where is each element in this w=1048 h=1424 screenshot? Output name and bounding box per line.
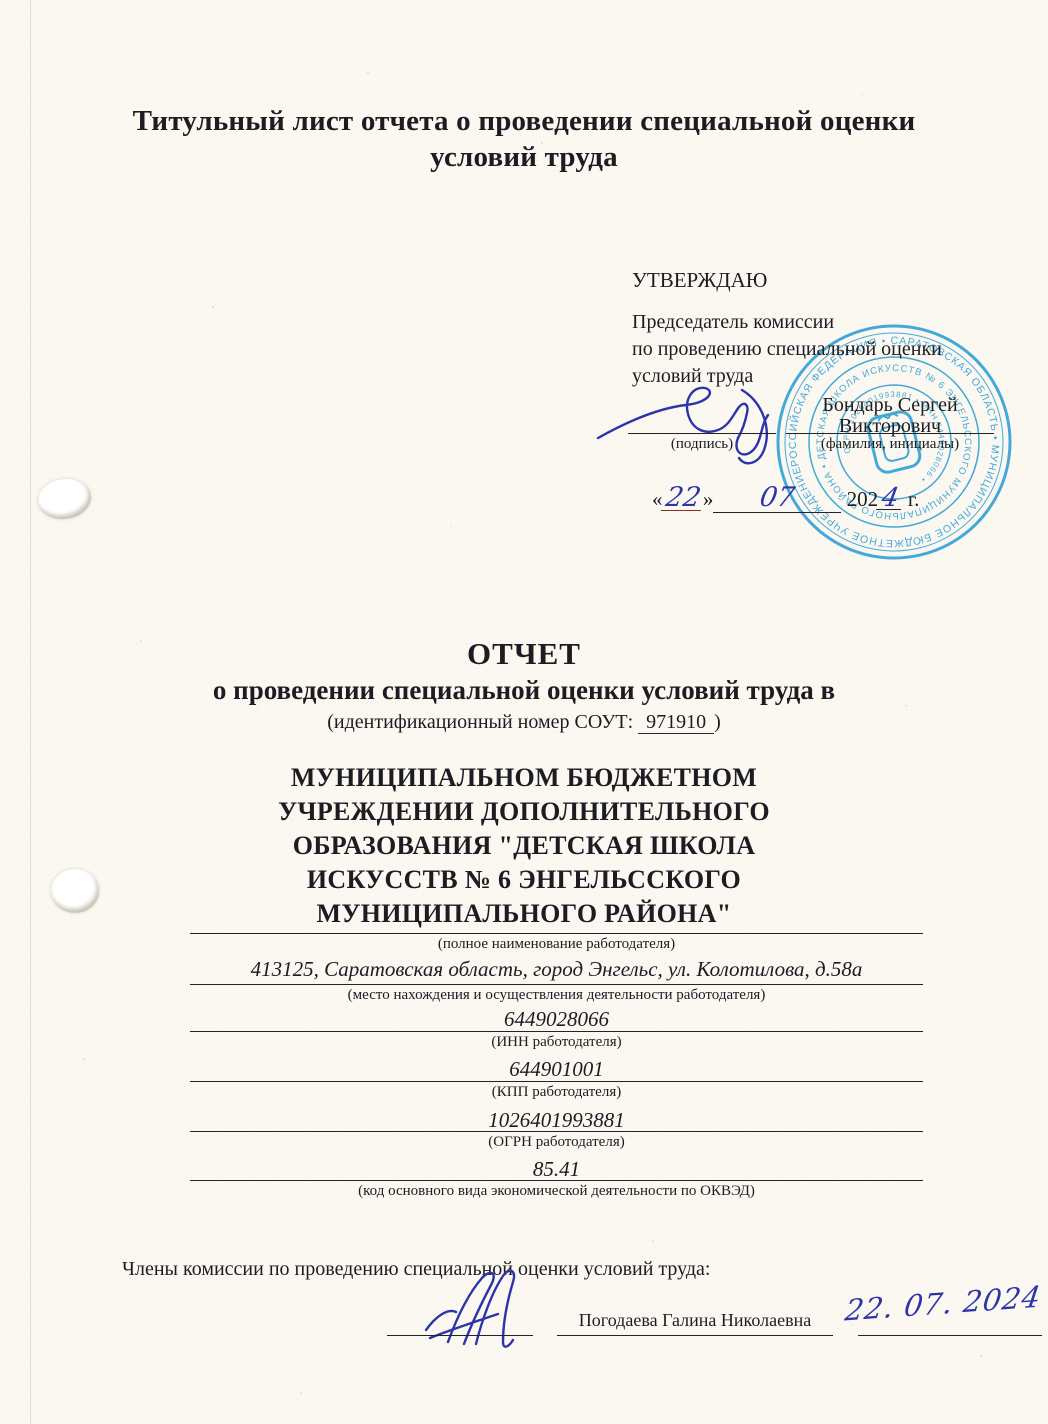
member-name: Погодаева Галина Николаевна [557,1310,833,1331]
date-month-handwritten: 07 [758,486,797,510]
approval-date-line: «22»07 2024 г. [652,486,919,513]
ogrn-caption: (ОГРН работодателя) [190,1134,923,1151]
employer-name-caption: (полное наименование работодателя) [190,936,923,953]
employer-inn: 6449028066 [190,1007,923,1032]
address-caption: (место нахождения и осуществления деятел… [190,987,923,1004]
report-id-label: (идентификационный номер СОУТ: [327,711,633,733]
signature-line [628,433,776,434]
member-date-handwritten: 22. 07. 2024 [843,1278,1048,1327]
report-subheading: о проведении специальной оценки условий … [0,675,1048,706]
employer-name-underline [190,933,923,934]
employer-name-line: МУНИЦИПАЛЬНОГО РАЙОНА" [0,897,1048,931]
employer-name-line: УЧРЕЖДЕНИИ ДОПОЛНИТЕЛЬНОГО [0,795,1048,829]
member-name-line [557,1335,833,1336]
date-year-prefix: 202 [847,487,879,511]
employer-name-line: ИСКУССТВ № 6 ЭНГЕЛЬССКОГО [0,863,1048,897]
date-year-handwritten: 4 [876,487,905,510]
chairman-signature [592,384,792,474]
address-underline [190,984,923,985]
inn-caption: (ИНН работодателя) [190,1034,923,1051]
approver-role: Председатель комиссии по проведению спец… [632,309,942,390]
employer-address: 413125, Саратовская область, город Энгел… [150,957,963,982]
member-signature [418,1268,548,1350]
approver-name-line1: Бондарь Сергей [786,395,994,416]
approver-role-line1: Председатель комиссии [632,309,942,336]
date-day-handwritten: 22 [660,486,705,511]
date-year-word: г. [908,487,920,511]
approver-name: Бондарь Сергей Викторович [786,395,994,437]
document-title: Титульный лист отчета о проведении специ… [0,103,1048,175]
okved-underline [190,1180,923,1181]
employer-name: МУНИЦИПАЛЬНОМ БЮДЖЕТНОМ УЧРЕЖДЕНИИ ДОПОЛ… [0,761,1048,931]
ogrn-underline [190,1131,923,1132]
approver-role-line2: по проведению специальной оценки [632,336,942,363]
punch-hole-top [35,476,93,523]
name-line [786,433,994,434]
inn-underline [190,1031,923,1032]
document-title-line2: условий труда [0,139,1048,175]
employer-okved: 85.41 [190,1157,923,1182]
employer-kpp: 644901001 [190,1057,923,1082]
report-heading: ОТЧЕТ [0,636,1048,672]
member-date-line [858,1335,1042,1336]
report-id-close: ) [714,711,721,733]
document-title-line1: Титульный лист отчета о проведении специ… [0,103,1048,139]
kpp-caption: (КПП работодателя) [190,1084,923,1101]
name-caption: (фамилия, инициалы) [786,436,994,453]
date-month-slot: 07 [713,486,841,513]
employer-name-line: МУНИЦИПАЛЬНОМ БЮДЖЕТНОМ [0,761,1048,795]
scanned-document-page: РОССИЙСКАЯ ФЕДЕРАЦИЯ • САРАТОВСКАЯ ОБЛАС… [0,0,1048,1424]
signature-caption: (подпись) [628,436,776,453]
report-id-line: (идентификационный номер СОУТ: 971910) [0,711,1048,734]
kpp-underline [190,1081,923,1082]
approve-heading: УТВЕРЖДАЮ [632,268,767,293]
paper-speckles [0,0,2,2]
employer-name-line: ОБРАЗОВАНИЯ "ДЕТСКАЯ ШКОЛА [0,829,1048,863]
employer-ogrn: 1026401993881 [190,1108,923,1133]
committee-heading: Члены комиссии по проведению специальной… [122,1258,711,1281]
okved-caption: (код основного вида экономической деятел… [190,1183,923,1200]
member-signature-line [387,1335,533,1336]
report-id-value: 971910 [638,711,714,734]
